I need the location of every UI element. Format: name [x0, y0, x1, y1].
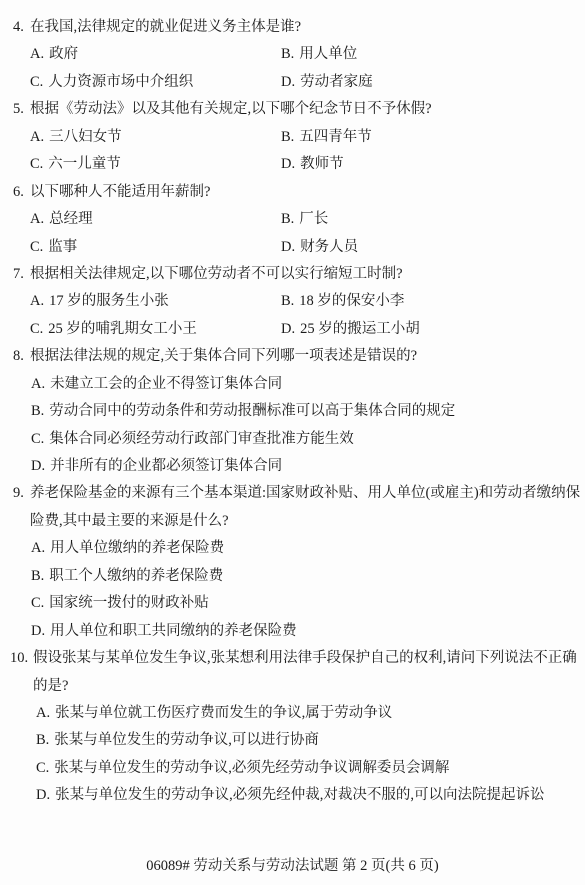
option-text: 25 岁的搬运工小胡	[300, 321, 420, 337]
question-stem-text: 根据法律法规的规定,关于集体合同下列哪一项表述是错误的?	[30, 348, 417, 364]
option: C.25 岁的哺乳期女工小王	[30, 321, 197, 337]
option-text: 国家统一拨付的财政补贴	[49, 595, 209, 611]
option-text: 集体合同必须经劳动行政部门审查批准方能生效	[49, 431, 354, 447]
option-row: A.未建立工会的企业不得签订集体合同	[0, 371, 585, 398]
question-stem-line: 4.在我国,法律规定的就业促进义务主体是谁?	[0, 14, 585, 41]
page-footer: 06089# 劳动关系与劳动法试题 第 2 页(共 6 页)	[0, 856, 585, 876]
option-text: 总经理	[49, 211, 93, 227]
option: B.18 岁的保安小李	[281, 288, 404, 315]
option: D.教师节	[281, 151, 344, 178]
option-label: C.	[30, 156, 43, 172]
question-number: 8.	[13, 343, 30, 370]
option: B.五四青年节	[281, 124, 372, 151]
option: D.财务人员	[281, 234, 358, 261]
option-text: 厂长	[299, 211, 328, 227]
option-row: A.张某与单位就工伤医疗费而发生的争议,属于劳动争议	[0, 700, 585, 727]
option: D.劳动者家庭	[281, 69, 373, 96]
option-label: D.	[281, 321, 295, 337]
question-block: 5.根据《劳动法》以及其他有关规定,以下哪个纪念节日不予休假?A.三八妇女节B.…	[0, 96, 585, 178]
option-label: A.	[30, 293, 44, 309]
option-text: 18 岁的保安小李	[299, 293, 404, 309]
question-block: 6.以下哪种人不能适用年薪制?A.总经理B.厂长C.监事D.财务人员	[0, 179, 585, 261]
option-text: 17 岁的服务生小张	[49, 293, 169, 309]
question-stem-text: 假设张某与某单位发生争议,张某想利用法律手段保护自己的权利,请问下列说法不正确	[33, 650, 577, 666]
question-block: 7.根据相关法律规定,以下哪位劳动者不可以实行缩短工时制?A.17 岁的服务生小…	[0, 261, 585, 343]
option-text: 六一儿童节	[48, 156, 121, 172]
option-label: C.	[31, 431, 44, 447]
question-stem-continuation: 险费,其中最主要的来源是什么?	[0, 508, 585, 535]
option-text: 25 岁的哺乳期女工小王	[48, 321, 197, 337]
option-label: D.	[281, 74, 295, 90]
option-row: C.国家统一拨付的财政补贴	[0, 590, 585, 617]
option-row: D.用人单位和职工共同缴纳的养老保险费	[0, 618, 585, 645]
option-label: D.	[31, 458, 45, 474]
question-stem-line: 10.假设张某与某单位发生争议,张某想利用法律手段保护自己的权利,请问下列说法不…	[0, 645, 585, 672]
option-label: B.	[281, 129, 294, 145]
option-row: A.总经理B.厂长	[0, 206, 585, 233]
option-label: C.	[31, 595, 44, 611]
option-text: 张某与单位就工伤医疗费而发生的争议,属于劳动争议	[55, 705, 392, 721]
option-label: A.	[36, 705, 50, 721]
option-row: C.集体合同必须经劳动行政部门审查批准方能生效	[0, 426, 585, 453]
option-row: B.张某与单位发生的劳动争议,可以进行协商	[0, 727, 585, 754]
option: A.三八妇女节	[30, 129, 122, 145]
option-row: A.三八妇女节B.五四青年节	[0, 124, 585, 151]
option-row: C.张某与单位发生的劳动争议,必须先经劳动争议调解委员会调解	[0, 755, 585, 782]
option-label: C.	[30, 239, 43, 255]
option-label: B.	[281, 46, 294, 62]
question-stem-text: 养老保险基金的来源有三个基本渠道:国家财政补贴、用人单位(或雇主)和劳动者缴纳保	[30, 485, 580, 501]
option-label: D.	[31, 623, 45, 639]
question-stem-line: 5.根据《劳动法》以及其他有关规定,以下哪个纪念节日不予休假?	[0, 96, 585, 123]
option-label: D.	[281, 239, 295, 255]
option: D.25 岁的搬运工小胡	[281, 316, 420, 343]
question-number: 6.	[13, 179, 30, 206]
option-text: 未建立工会的企业不得签订集体合同	[50, 376, 282, 392]
option: A.总经理	[30, 211, 93, 227]
option-text: 三八妇女节	[49, 129, 122, 145]
option-text: 政府	[49, 46, 78, 62]
option: B.厂长	[281, 206, 328, 233]
question-stem-line: 8.根据法律法规的规定,关于集体合同下列哪一项表述是错误的?	[0, 343, 585, 370]
option-row: C.六一儿童节D.教师节	[0, 151, 585, 178]
option-text: 教师节	[300, 156, 344, 172]
option-text: 用人单位	[299, 46, 357, 62]
option-label: B.	[31, 403, 44, 419]
option-label: D.	[36, 787, 50, 803]
option-text: 张某与单位发生的劳动争议,必须先经仲裁,对裁决不服的,可以向法院提起诉讼	[55, 787, 544, 803]
option: B.用人单位	[281, 41, 357, 68]
option-label: C.	[36, 760, 49, 776]
option-text: 劳动合同中的劳动条件和劳动报酬标准可以高于集体合同的规定	[49, 403, 455, 419]
question-stem-line: 9.养老保险基金的来源有三个基本渠道:国家财政补贴、用人单位(或雇主)和劳动者缴…	[0, 480, 585, 507]
option-row: A.政府B.用人单位	[0, 41, 585, 68]
option-row: B.职工个人缴纳的养老保险费	[0, 563, 585, 590]
option-text: 用人单位缴纳的养老保险费	[50, 540, 224, 556]
option: C.人力资源市场中介组织	[30, 74, 193, 90]
option-row: C.人力资源市场中介组织D.劳动者家庭	[0, 69, 585, 96]
question-number: 9.	[13, 480, 30, 507]
question-stem-continuation: 的是?	[0, 673, 585, 700]
option: A.政府	[30, 46, 78, 62]
option: C.六一儿童节	[30, 156, 121, 172]
option-label: A.	[30, 211, 44, 227]
question-stem-line: 7.根据相关法律规定,以下哪位劳动者不可以实行缩短工时制?	[0, 261, 585, 288]
option-row: C.25 岁的哺乳期女工小王D.25 岁的搬运工小胡	[0, 316, 585, 343]
option-text: 张某与单位发生的劳动争议,必须先经劳动争议调解委员会调解	[54, 760, 449, 776]
question-number: 7.	[13, 261, 30, 288]
option-label: A.	[31, 540, 45, 556]
question-stem-line: 6.以下哪种人不能适用年薪制?	[0, 179, 585, 206]
option-row: B.劳动合同中的劳动条件和劳动报酬标准可以高于集体合同的规定	[0, 398, 585, 425]
question-block: 10.假设张某与某单位发生争议,张某想利用法律手段保护自己的权利,请问下列说法不…	[0, 645, 585, 810]
option-text: 并非所有的企业都必须签订集体合同	[50, 458, 282, 474]
option-text: 劳动者家庭	[300, 74, 373, 90]
option-text: 用人单位和职工共同缴纳的养老保险费	[50, 623, 297, 639]
question-block: 9.养老保险基金的来源有三个基本渠道:国家财政补贴、用人单位(或雇主)和劳动者缴…	[0, 480, 585, 645]
option-row: D.并非所有的企业都必须签订集体合同	[0, 453, 585, 480]
option-label: B.	[281, 293, 294, 309]
option-row: C.监事D.财务人员	[0, 234, 585, 261]
exam-page: 4.在我国,法律规定的就业促进义务主体是谁?A.政府B.用人单位C.人力资源市场…	[0, 0, 585, 885]
question-stem-text: 根据《劳动法》以及其他有关规定,以下哪个纪念节日不予休假?	[30, 101, 432, 117]
option-text: 人力资源市场中介组织	[48, 74, 193, 90]
option-text: 职工个人缴纳的养老保险费	[49, 568, 223, 584]
option-label: B.	[31, 568, 44, 584]
question-number: 4.	[13, 14, 30, 41]
option-label: A.	[30, 46, 44, 62]
option-text: 财务人员	[300, 239, 358, 255]
option: C.监事	[30, 239, 77, 255]
option-label: B.	[281, 211, 294, 227]
option-text: 张某与单位发生的劳动争议,可以进行协商	[54, 732, 319, 748]
option-label: C.	[30, 321, 43, 337]
option-row: A.用人单位缴纳的养老保险费	[0, 535, 585, 562]
question-block: 8.根据法律法规的规定,关于集体合同下列哪一项表述是错误的?A.未建立工会的企业…	[0, 343, 585, 480]
question-stem-text: 以下哪种人不能适用年薪制?	[30, 184, 210, 200]
option-label: C.	[30, 74, 43, 90]
question-stem-text: 在我国,法律规定的就业促进义务主体是谁?	[30, 19, 301, 35]
option-label: A.	[30, 129, 44, 145]
option-label: B.	[36, 732, 49, 748]
option: A.17 岁的服务生小张	[30, 293, 169, 309]
option-text: 监事	[48, 239, 77, 255]
option-label: A.	[31, 376, 45, 392]
option-row: A.17 岁的服务生小张B.18 岁的保安小李	[0, 288, 585, 315]
question-number: 10.	[10, 645, 33, 672]
option-text: 五四青年节	[299, 129, 372, 145]
option-label: D.	[281, 156, 295, 172]
question-number: 5.	[13, 96, 30, 123]
question-block: 4.在我国,法律规定的就业促进义务主体是谁?A.政府B.用人单位C.人力资源市场…	[0, 14, 585, 96]
questions-container: 4.在我国,法律规定的就业促进义务主体是谁?A.政府B.用人单位C.人力资源市场…	[0, 14, 585, 810]
option-row: D.张某与单位发生的劳动争议,必须先经仲裁,对裁决不服的,可以向法院提起诉讼	[0, 782, 585, 809]
question-stem-text: 根据相关法律规定,以下哪位劳动者不可以实行缩短工时制?	[30, 266, 403, 282]
